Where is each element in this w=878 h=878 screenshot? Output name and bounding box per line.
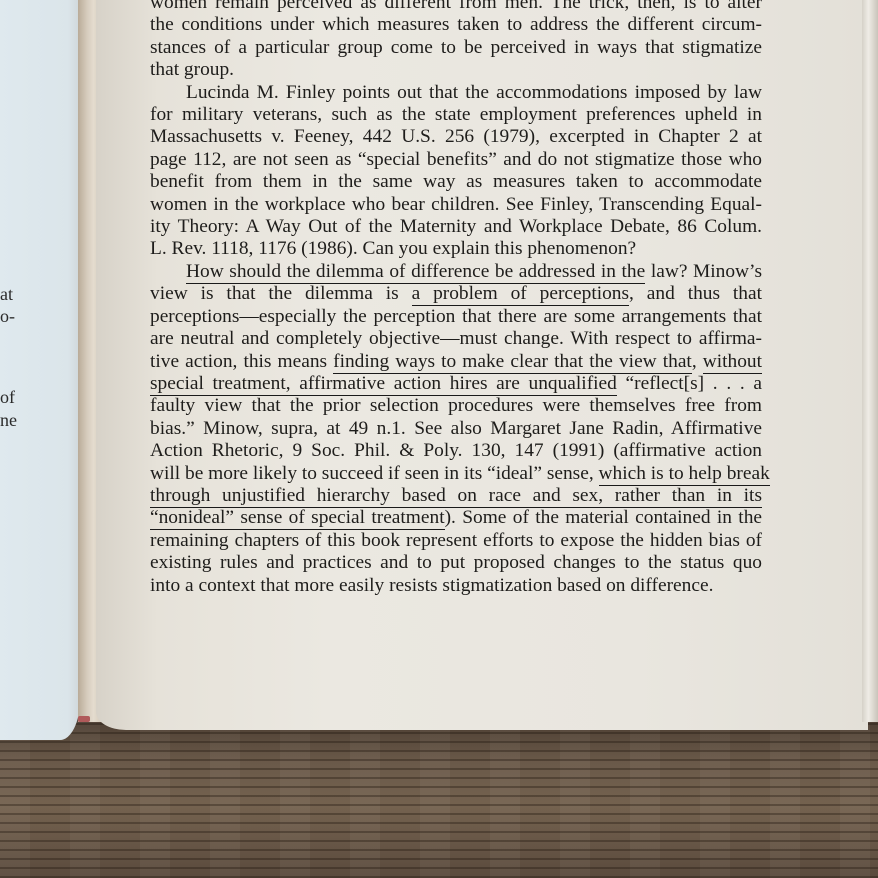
text-segment: are neutral and completely objective—mus… [150,328,762,349]
text-line: special treatment, affirmative action hi… [150,373,762,395]
left-page: ato-ofne [0,0,80,740]
paragraph: women remain perceived as different from… [150,0,762,82]
underlined-text: How should the dilemma of difference be … [186,261,645,284]
text-segment: view is that the dilemma is [150,283,412,304]
paragraph: How should the dilemma of difference be … [150,261,762,597]
text-line: faulty view that the prior selection pro… [150,395,762,417]
left-page-text-fragment: of [0,387,15,408]
text-segment: Action Rhetoric, 9 Soc. Phil. & Poly. 13… [150,440,762,461]
text-segment: into a context that more easily resists … [150,575,713,596]
text-segment: benefit from them in the same way as mea… [150,171,762,192]
underlined-text: “nonideal” sense of special treatment [150,507,445,530]
text-segment: Massachusetts v. Feeney, 442 U.S. 256 (1… [150,126,762,147]
text-segment: “reflect[s] . . . a [617,373,762,394]
text-segment: existing rules and practices and to put … [150,552,762,573]
text-line: ity Theory: A Way Out of the Maternity a… [150,216,762,238]
left-page-text-fragment: o- [0,306,15,327]
text-line: stances of a particular group come to be… [150,37,762,59]
underlined-text: a problem of perceptions [412,283,629,306]
underlined-text: without [703,351,762,374]
text-segment: tive action, this means [150,351,333,372]
text-line: the conditions under which measures take… [150,14,762,36]
text-line: Lucinda M. Finley points out that the ac… [150,82,762,104]
underlined-text: finding ways to make clear that the view… [333,351,692,374]
underlined-text: special treatment, affirmative action hi… [150,373,617,396]
text-segment: will be more likely to succeed if seen i… [150,463,599,484]
text-line: will be more likely to succeed if seen i… [150,463,762,485]
text-line: “nonideal” sense of special treatment). … [150,507,762,529]
text-line: bias.” Minow, supra, at 49 n.1. See also… [150,418,762,440]
text-segment: law? Minow’s [645,261,762,282]
text-line: How should the dilemma of difference be … [150,261,762,283]
text-segment: for military veterans, such as the state… [150,104,762,125]
text-line: Massachusetts v. Feeney, 442 U.S. 256 (1… [150,126,762,148]
text-line: existing rules and practices and to put … [150,552,762,574]
underlined-text: which is to help break [599,463,770,486]
text-line: perceptions—especially the perception th… [150,306,762,328]
text-line: women remain perceived as different from… [150,0,762,14]
left-page-text-fragment: ne [0,410,17,431]
paragraph: Lucinda M. Finley points out that the ac… [150,82,762,261]
text-segment: ity Theory: A Way Out of the Maternity a… [150,216,762,237]
text-segment: remaining chapters of this book represen… [150,530,762,551]
left-page-text-fragment: at [0,284,13,305]
text-segment: faulty view that the prior selection pro… [150,395,762,416]
text-line: tive action, this means finding ways to … [150,351,762,373]
text-line: benefit from them in the same way as mea… [150,171,762,193]
text-line: L. Rev. 1118, 1176 (1986). Can you expla… [150,238,762,260]
underlined-text: through unjustified hierarchy based on r… [150,485,762,508]
text-line: women in the workplace who bear children… [150,194,762,216]
text-segment: perceptions—especially the perception th… [150,306,762,327]
text-segment: page 112, are not seen as “special benef… [150,149,762,170]
text-segment: stances of a particular group come to be… [150,37,762,58]
text-segment: , and thus that [629,283,762,304]
text-segment: ). Some of the material contained in the [445,507,762,528]
text-line: page 112, are not seen as “special benef… [150,149,762,171]
text-segment: that group. [150,59,234,80]
text-line: for military veterans, such as the state… [150,104,762,126]
text-line: through unjustified hierarchy based on r… [150,485,762,507]
text-line: that group. [150,59,762,81]
text-segment: , [692,351,703,372]
page-edge [862,0,878,722]
text-line: Action Rhetoric, 9 Soc. Phil. & Poly. 13… [150,440,762,462]
text-segment: Lucinda M. Finley points out that the ac… [186,82,762,103]
bookmark-ribbon [78,716,90,722]
text-segment: L. Rev. 1118, 1176 (1986). Can you expla… [150,238,636,259]
text-segment: bias.” Minow, supra, at 49 n.1. See also… [150,418,762,439]
text-segment: women in the workplace who bear children… [150,194,762,215]
body-text: women remain perceived as different from… [150,0,762,597]
text-segment: the conditions under which measures take… [150,14,762,35]
text-line: remaining chapters of this book represen… [150,530,762,552]
text-line: into a context that more easily resists … [150,575,762,597]
text-line: are neutral and completely objective—mus… [150,328,762,350]
text-line: view is that the dilemma is a problem of… [150,283,762,305]
text-segment: women remain perceived as different from… [150,0,762,13]
